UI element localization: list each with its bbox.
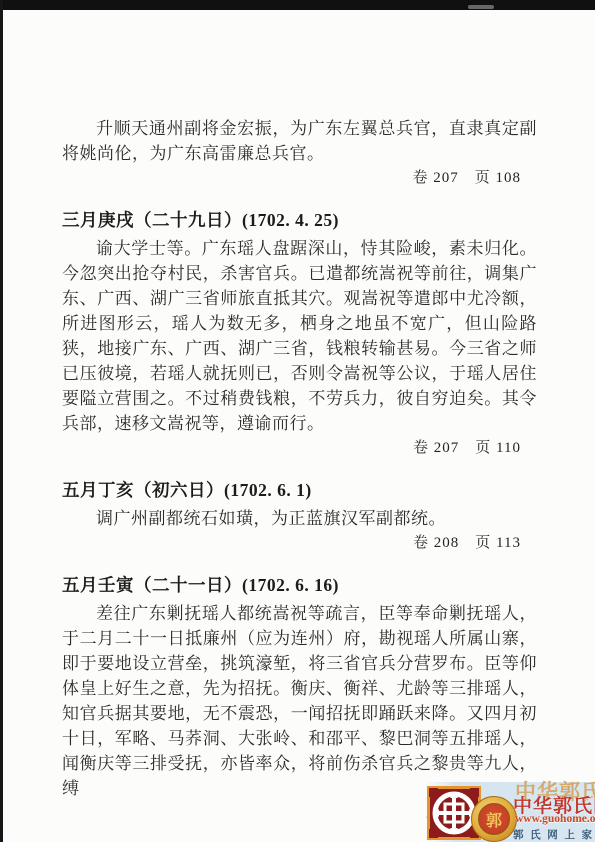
watermark-tagline: 郭 氏 网 上 家 园 — [513, 827, 595, 842]
scanned-book-page: 升顺天通州副将金宏振，为广东左翼总兵官，直隶真定副将姚尚伦，为广东高雷廉总兵官。… — [0, 0, 595, 842]
record-heading: 三月庚戌（二十九日）(1702. 4. 25) — [62, 208, 537, 232]
record-body: 升顺天通州副将金宏振，为广东左翼总兵官，直隶真定副将姚尚伦，为广东高雷廉总兵官。 — [62, 116, 537, 166]
coin-seal-character: 郭 — [478, 803, 510, 835]
guo-coin-seal-icon: 郭 — [471, 796, 517, 842]
record-heading: 五月壬寅（二十一日）(1702. 6. 16) — [62, 573, 537, 597]
volume-page-citation: 卷 207 页 108 — [62, 168, 537, 188]
watermark-text-block: 中华郭氏网 中华郭氏网 www.guohome.org 郭 氏 网 上 家 园 — [513, 782, 593, 842]
record-entry: 升顺天通州副将金宏振，为广东左翼总兵官，直隶真定副将姚尚伦，为广东高雷廉总兵官。… — [62, 116, 537, 188]
volume-page-citation: 卷 207 页 110 — [62, 438, 537, 458]
document-content: 升顺天通州副将金宏振，为广东左翼总兵官，直隶真定副将姚尚伦，为广东高雷廉总兵官。… — [0, 10, 595, 842]
record-entry: 三月庚戌（二十九日）(1702. 4. 25) 谕大学士等。广东瑶人盘踞深山，恃… — [62, 208, 537, 458]
record-heading: 五月丁亥（初六日）(1702. 6. 1) — [62, 478, 537, 502]
watermark-url: www.guohome.org — [515, 813, 595, 825]
site-watermark: 郭 中华郭氏网 中华郭氏网 www.guohome.org 郭 氏 网 上 家 … — [425, 782, 595, 842]
scan-notch-artifact — [468, 5, 494, 9]
record-body: 调广州副都统石如璜，为正蓝旗汉军副都统。 — [62, 506, 537, 531]
scan-edge-top-artifact — [0, 0, 595, 10]
record-entry: 五月壬寅（二十一日）(1702. 6. 16) 差往广东剿抚瑶人都统嵩祝等疏言，… — [62, 573, 537, 801]
record-entry: 五月丁亥（初六日）(1702. 6. 1) 调广州副都统石如璜，为正蓝旗汉军副都… — [62, 478, 537, 553]
record-body: 差往广东剿抚瑶人都统嵩祝等疏言，臣等奉命剿抚瑶人，于二月二十一日抵廉州（应为连州… — [62, 601, 537, 801]
volume-page-citation: 卷 208 页 113 — [62, 533, 537, 553]
record-body: 谕大学士等。广东瑶人盘踞深山，恃其险峻，素未归化。今忽突出抢夺村民，杀害官兵。已… — [62, 236, 537, 436]
